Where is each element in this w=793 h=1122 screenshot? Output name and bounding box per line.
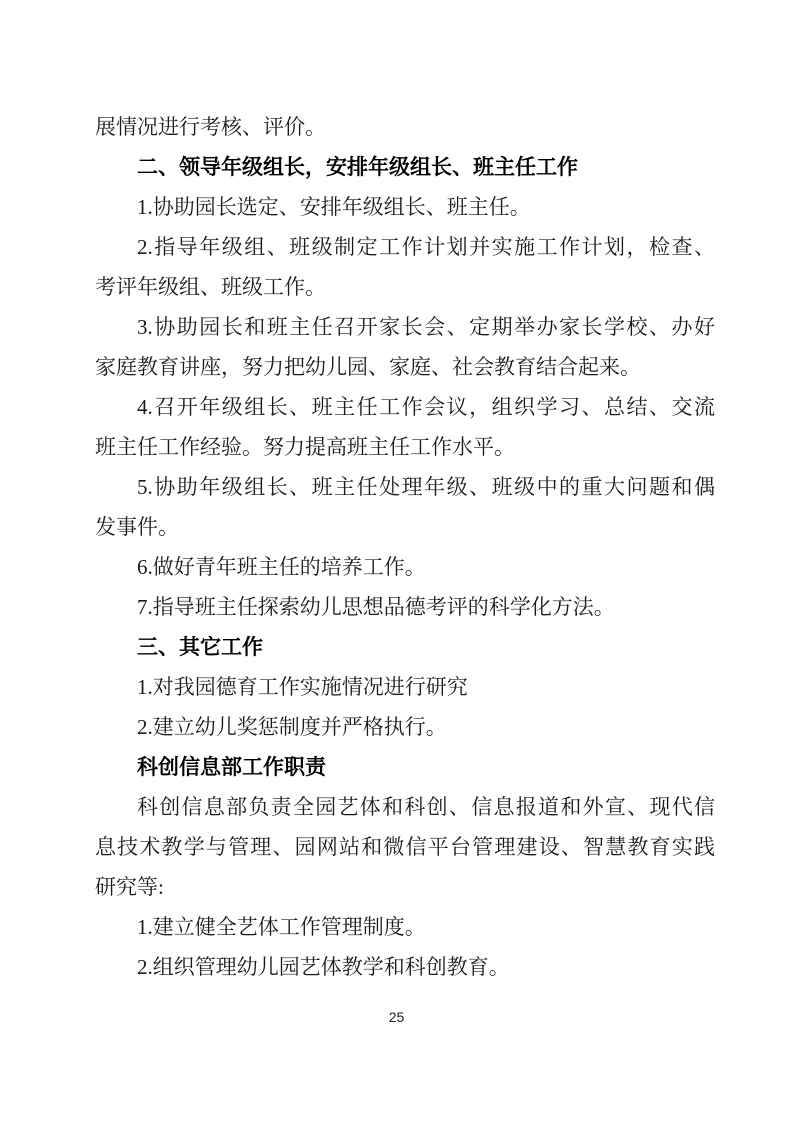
- text-line: 班主任工作经验。努力提高班主任工作水平。: [95, 427, 715, 467]
- text-line: 展情况进行考核、评价。: [95, 107, 715, 147]
- document-page: 展情况进行考核、评价。 二、领导年级组长，安排年级组长、班主任工作 1.协助园长…: [0, 0, 793, 1122]
- text-line: 2.建立幼儿奖惩制度并严格执行。: [95, 707, 715, 747]
- text-line: 家庭教育讲座，努力把幼儿园、家庭、社会教育结合起来。: [95, 347, 715, 387]
- section-heading: 二、领导年级组长，安排年级组长、班主任工作: [95, 147, 715, 187]
- text-line: 发事件。: [95, 507, 715, 547]
- text-line: 研究等:: [95, 867, 715, 907]
- page-content: 展情况进行考核、评价。 二、领导年级组长，安排年级组长、班主任工作 1.协助园长…: [95, 107, 715, 987]
- page-number: 25: [0, 1009, 793, 1025]
- text-line: 息技术教学与管理、园网站和微信平台管理建设、智慧教育实践: [95, 827, 715, 867]
- text-line: 6.做好青年班主任的培养工作。: [95, 547, 715, 587]
- text-line: 4.召开年级组长、班主任工作会议，组织学习、总结、交流: [95, 387, 715, 427]
- text-line: 5.协助年级组长、班主任处理年级、班级中的重大问题和偶: [95, 467, 715, 507]
- text-line: 考评年级组、班级工作。: [95, 267, 715, 307]
- text-line: 1.协助园长选定、安排年级组长、班主任。: [95, 187, 715, 227]
- text-line: 1.对我园德育工作实施情况进行研究: [95, 667, 715, 707]
- text-line: 科创信息部负责全园艺体和科创、信息报道和外宣、现代信: [95, 787, 715, 827]
- text-line: 7.指导班主任探索幼儿思想品德考评的科学化方法。: [95, 587, 715, 627]
- text-line: 2.组织管理幼儿园艺体教学和科创教育。: [95, 947, 715, 987]
- section-heading: 三、其它工作: [95, 627, 715, 667]
- text-line: 3.协助园长和班主任召开家长会、定期举办家长学校、办好: [95, 307, 715, 347]
- text-line: 1.建立健全艺体工作管理制度。: [95, 907, 715, 947]
- section-heading: 科创信息部工作职责: [95, 747, 715, 787]
- text-line: 2.指导年级组、班级制定工作计划并实施工作计划，检查、: [95, 227, 715, 267]
